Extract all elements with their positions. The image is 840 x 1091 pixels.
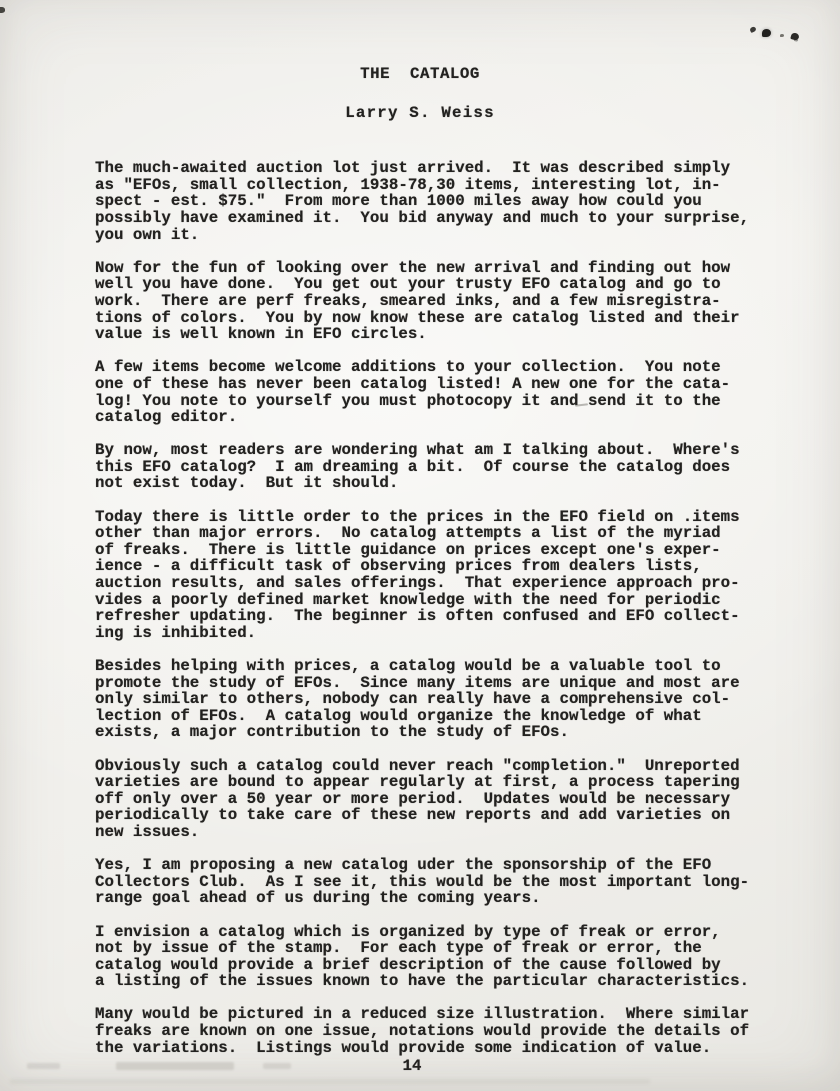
paragraph-3: A few items become welcome additions to …	[95, 359, 840, 425]
paragraph-2: Now for the fun of looking over the new …	[95, 260, 840, 343]
paragraph-5: Today there is little order to the price…	[95, 509, 840, 642]
paragraph-4: By now, most readers are wondering what …	[95, 442, 840, 492]
scan-artifact	[116, 1062, 234, 1070]
document-header: THE CATALOG Larry S. Weiss	[0, 0, 840, 121]
scan-artifact	[263, 1063, 291, 1069]
ink-speck	[0, 7, 5, 13]
scan-artifact	[27, 1063, 60, 1069]
paragraph-8: Yes, I am proposing a new catalog uder t…	[95, 857, 840, 907]
paragraph-7: Obviously such a catalog could never rea…	[95, 758, 840, 841]
paragraph-10: Many would be pictured in a reduced size…	[95, 1006, 840, 1056]
paragraph-6: Besides helping with prices, a catalog w…	[95, 658, 840, 741]
document-page: THE CATALOG Larry S. Weiss The much-awai…	[0, 0, 840, 1091]
ink-speck	[762, 29, 771, 37]
document-body: The much-awaited auction lot just arrive…	[0, 160, 840, 1056]
paragraph-9: I envision a catalog which is organized …	[95, 924, 840, 990]
ink-speck	[780, 34, 784, 37]
scan-artifact	[10, 1079, 650, 1084]
paragraph-1: The much-awaited auction lot just arrive…	[95, 160, 840, 243]
page-title: THE CATALOG	[0, 66, 840, 83]
author-byline: Larry S. Weiss	[0, 105, 840, 122]
